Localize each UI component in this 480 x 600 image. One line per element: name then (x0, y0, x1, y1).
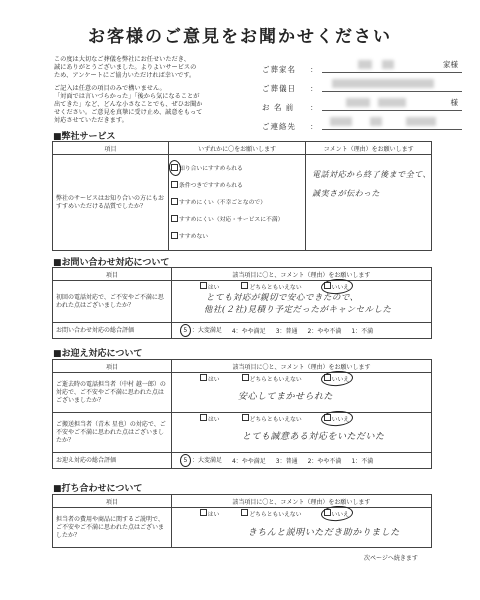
checkbox[interactable] (171, 232, 178, 239)
meeting-table: 項目 該当項目に〇と、コメント（理由）をお願いします 担当者の費用や商品に関する… (52, 494, 432, 548)
pickup-table: 項目 該当項目に〇と、コメント（理由）をお願いします ご逝去時の電話担当者（中村… (52, 359, 432, 469)
option-no-selected[interactable]: いいえ (324, 282, 349, 291)
inquiry-table: 項目 該当項目に〇と、コメント（理由）をお願いします 初回の電話対応で、ご不安や… (52, 267, 432, 339)
customer-info-block: ご葬家名 ： 家様 ご葬儀日 ： お 名 前 ： 様 ご連絡先 ： (262, 56, 462, 132)
answer-cell: はい どちらともいえない いいえ 安心してまかせられた (171, 373, 431, 413)
info-label: お 名 前 (262, 102, 310, 113)
info-row-funeral-date: ご葬儀日 ： (262, 75, 462, 94)
column-header-item: 項目 (53, 142, 169, 155)
info-row-contact: ご連絡先 ： (262, 113, 462, 132)
info-colon: ： (310, 83, 322, 94)
question-first-call: 初回の電話対応で、ご不安やご不満に思われた点はございましたか？ (53, 281, 172, 323)
selected-circle-mark (168, 159, 183, 177)
handwritten-comment: きちんと説明いただき助かりました (172, 518, 431, 538)
service-comment-field[interactable]: 電話対応から終了後まで全て、 誠実さが伝わった (306, 155, 432, 251)
info-label: ご連絡先 (262, 121, 310, 132)
info-colon: ： (310, 121, 322, 132)
option-yes[interactable]: はい (200, 509, 220, 518)
info-row-family-name: ご葬家名 ： 家様 (262, 56, 462, 75)
info-colon: ： (310, 64, 322, 75)
rating-cell: 5：大変満足 4：やや満足 3：普通 2：やや不満 1：不満 (171, 323, 431, 339)
rating-1[interactable]: 1：不満 (351, 326, 373, 335)
answer-cell: はい どちらともいえない いいえ とても対応が親切で安心できたので、 他社(２社… (171, 281, 431, 323)
option-hard-to-recommend-misfortune[interactable]: すすめにくい（不幸ごとなので） (169, 193, 305, 210)
option-neutral[interactable]: どちらともいえない (242, 414, 302, 423)
rating-cell: 5：大変満足 4：やや満足 3：普通 2：やや不満 1：不満 (171, 453, 431, 469)
option-neutral[interactable]: どちらともいえない (241, 509, 301, 518)
rating-2[interactable]: 2：やや不満 (308, 326, 342, 335)
rating-3[interactable]: 3：普通 (276, 456, 298, 465)
column-header-choice: いずれかに〇をお願いします (169, 142, 306, 155)
redacted-value (330, 117, 352, 126)
option-no-selected[interactable]: いいえ (324, 509, 349, 518)
section-title-meeting: ■打ち合わせについて (53, 481, 142, 494)
page-title: お客様のご意見をお聞かせください (0, 22, 480, 47)
redacted-value (346, 98, 370, 107)
option-hard-to-recommend-dissatisfied[interactable]: すすめにくい（対応・サービスに不満） (169, 210, 305, 227)
rating-4[interactable]: 4：やや満足 (232, 456, 266, 465)
contact-field[interactable] (322, 114, 462, 130)
continue-note: 次ページへ続きます (364, 553, 418, 562)
column-header-comment: コメント（理由）をお願いします (306, 142, 432, 155)
option-recommend-conditional[interactable]: 条件つきですすめられる (169, 176, 305, 193)
column-header-item: 項目 (53, 495, 172, 508)
redacted-value (382, 60, 394, 69)
option-neutral[interactable]: どちらともいえない (242, 374, 302, 383)
answer-cell: はい どちらともいえない いいえ きちんと説明いただき助かりました (171, 508, 431, 548)
checkbox[interactable] (171, 181, 178, 188)
checkbox[interactable] (171, 198, 178, 205)
handwritten-comment: 電話対応から終了後まで全て、 (312, 169, 431, 180)
redacted-value (406, 117, 436, 126)
overall-inquiry-label: お問い合わせ対応の総合評価 (53, 323, 172, 339)
rating-5-selected[interactable]: 5：大変満足 (180, 324, 222, 337)
question-phone-staff: ご逝去時の電話担当者（中村 越一郎）の対応で、ご不安やご不満に思われた点はござい… (53, 373, 172, 413)
rating-5-selected[interactable]: 5：大変満足 (180, 454, 222, 467)
section-title-pickup: ■お迎え対応について (53, 346, 142, 359)
rating-3[interactable]: 3：普通 (276, 326, 298, 335)
info-label: ご葬儀日 (262, 83, 310, 94)
redacted-value (370, 117, 382, 126)
overall-pickup-label: お迎え対応の総合評価 (53, 453, 172, 469)
handwritten-comment: 他社(２社)見積り予定だったがキャンセルした (172, 303, 431, 315)
funeral-date-field[interactable] (322, 76, 462, 92)
service-options: 知り合いにすすめられる 条件つきですすめられる すすめにくい（不幸ごとなので） … (169, 155, 306, 251)
info-label: ご葬家名 (262, 64, 310, 75)
column-header-answer: 該当項目に〇と、コメント（理由）をお願いします (171, 360, 431, 373)
redacted-value (332, 79, 434, 88)
column-header-answer: 該当項目に〇と、コメント（理由）をお願いします (171, 268, 431, 281)
option-not-recommend[interactable]: すすめない (169, 227, 305, 244)
handwritten-comment: 安心してまかせられた (172, 383, 431, 402)
handwritten-comment: とても誠意ある対応をいただいた (172, 423, 431, 442)
option-yes[interactable]: はい (200, 414, 220, 423)
column-header-item: 項目 (53, 360, 172, 373)
answer-cell: はい どちらともいえない いいえ とても誠意ある対応をいただいた (171, 413, 431, 453)
intro-paragraph-2: ご記入は任意の項目のみで構いません。 「対面では言いづらかった」「後から気になる… (54, 85, 244, 126)
info-suffix: 家様 (443, 59, 458, 70)
column-header-answer: 該当項目に〇と、コメント（理由）をお願いします (171, 495, 431, 508)
question-transport-staff: ご搬送担当者（青木 星也）の対応で、ご不安やご不満に思われた点はございましたか？ (53, 413, 172, 453)
option-neutral[interactable]: どちらともいえない (241, 282, 301, 291)
column-header-item: 項目 (53, 268, 172, 281)
option-no-selected[interactable]: いいえ (324, 414, 349, 423)
family-name-field[interactable]: 家様 (322, 57, 462, 73)
option-yes[interactable]: はい (200, 282, 220, 291)
handwritten-comment: 誠実さが伝わった (312, 188, 431, 199)
service-table: 項目 いずれかに〇をお願いします コメント（理由）をお願いします 弊社のサービス… (52, 141, 432, 251)
rating-2[interactable]: 2：やや不満 (308, 456, 342, 465)
intro-paragraph-1: この度は大切なご葬儀を弊社にお任せいただき、 誠にありがとうございました。よりよ… (54, 56, 244, 81)
info-suffix: 様 (451, 97, 459, 108)
name-field[interactable]: 様 (322, 95, 462, 111)
redacted-value (358, 60, 372, 69)
rating-4[interactable]: 4：やや満足 (232, 326, 266, 335)
rating-1[interactable]: 1：不満 (351, 456, 373, 465)
option-no-selected[interactable]: いいえ (324, 374, 349, 383)
checkbox[interactable] (171, 215, 178, 222)
option-recommend[interactable]: 知り合いにすすめられる (169, 159, 305, 176)
question-service-quality: 弊社のサービスはお知り合いの方にもおすすめいただける品質でしたか？ (53, 155, 169, 251)
info-row-name: お 名 前 ： 様 (262, 94, 462, 113)
handwritten-comment: とても対応が親切で安心できたので、 (172, 291, 431, 303)
intro-text: この度は大切なご葬儀を弊社にお任せいただき、 誠にありがとうございました。よりよ… (54, 56, 244, 130)
question-cost-explanation: 担当者の費用や商品に関するご説明で、ご不安やご不満に思われた点はございましたか？ (53, 508, 172, 548)
redacted-value (378, 98, 406, 107)
info-colon: ： (310, 102, 322, 113)
option-yes[interactable]: はい (200, 374, 220, 383)
